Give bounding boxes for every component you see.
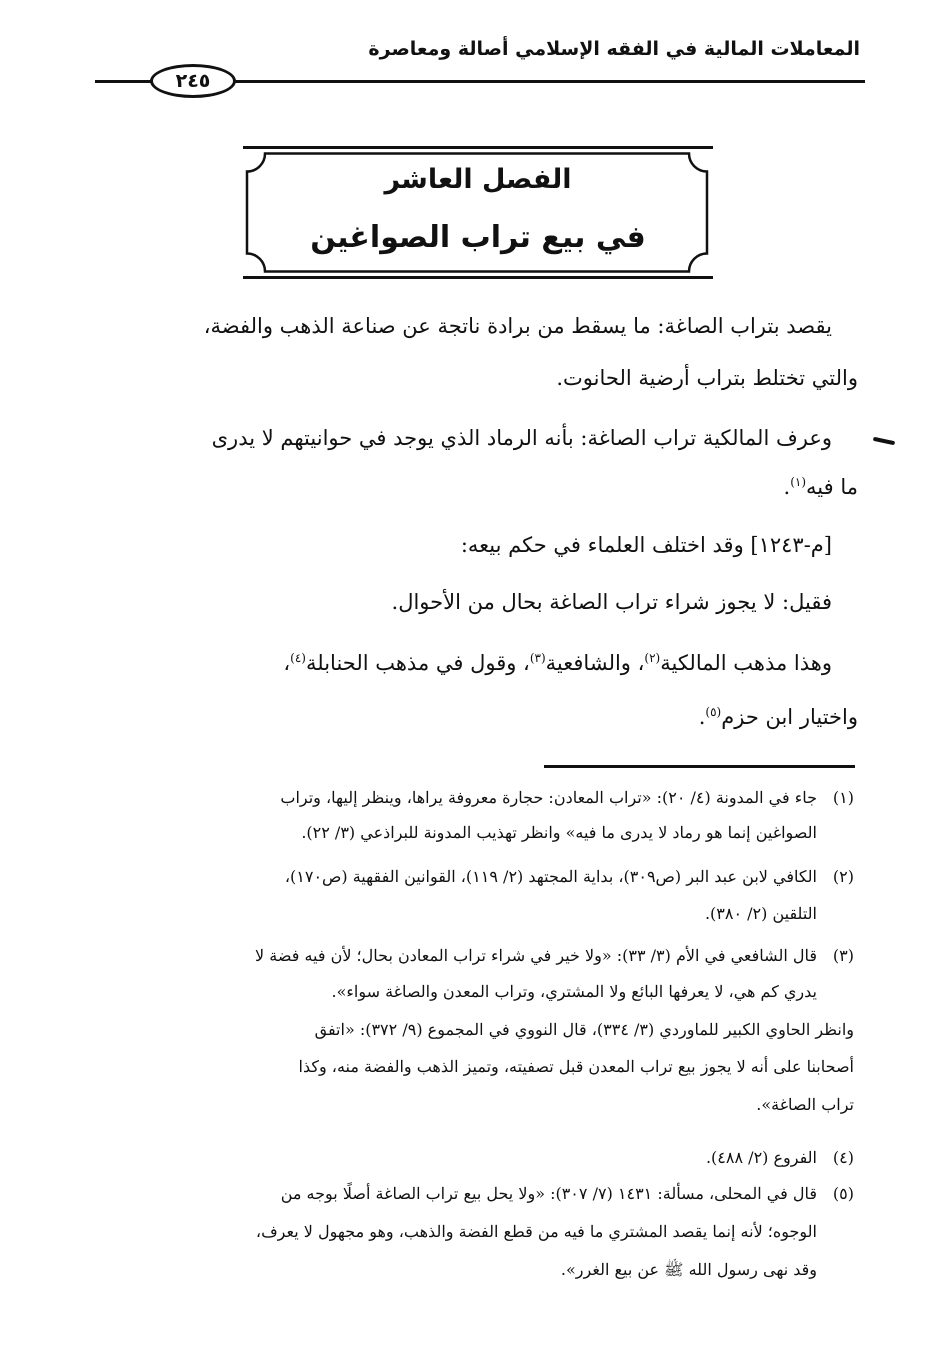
footnote-5-line-3: وقد نهى رسول الله ﷺ عن بيع الغرر». (561, 1262, 817, 1278)
footnote-ref-1[interactable]: (١) (790, 475, 806, 489)
footnote-3-line-1: قال الشافعي في الأم (٣/ ٣٣): «ولا خير في… (255, 948, 817, 964)
footnote-5-number: (٥) (833, 1186, 854, 1202)
title-box-top-rule (243, 146, 713, 149)
footnote-4-line-1: الفروع (٢/ ٤٨٨). (706, 1150, 817, 1166)
footnote-4-number: (٤) (833, 1150, 854, 1166)
footnote-3-number: (٣) (833, 948, 854, 964)
footnote-1-number: (١) (833, 790, 854, 806)
paragraph-1-line-1: يقصد بتراب الصاغة: ما يسقط من برادة ناتج… (204, 316, 832, 337)
title-box-bottom-rule (243, 276, 713, 279)
footnote-ref-2[interactable]: (٢) (644, 651, 660, 665)
footnote-2-number: (٢) (833, 869, 854, 885)
chapter-subtitle: في بيع تراب الصواغين (243, 220, 713, 255)
footnote-1-line-1: جاء في المدونة (٤/ ٢٠): «تراب المعادن: ح… (280, 790, 817, 806)
page-number: ٢٤٥ (176, 70, 211, 92)
footnote-5-line-2: الوجوه؛ لأنه إنما يقصد المشتري ما فيه من… (256, 1224, 817, 1240)
paragraph-3-issue-number: [م-١٢٤٣] وقد اختلف العلماء في حكم بيعه: (461, 535, 832, 556)
margin-mark (873, 437, 895, 445)
footnote-5-line-1: قال في المحلى، مسألة: ١٤٣١ (٧/ ٣٠٧): «ول… (281, 1186, 817, 1202)
paragraph-5-line-2: واختيار ابن حزم(٥). (699, 706, 858, 728)
paragraph-5-line-1: وهذا مذهب المالكية(٢)، والشافعية(٣)، وقو… (283, 652, 832, 674)
footnote-3-line-3: وانظر الحاوي الكبير للماوردي (٣/ ٣٣٤)، ق… (315, 1022, 854, 1038)
paragraph-4-opinion: فقيل: لا يجوز شراء تراب الصاغة بحال من ا… (392, 592, 832, 613)
paragraph-2-line-1: وعرف المالكية تراب الصاغة: بأنه الرماد ا… (212, 428, 832, 449)
footnote-ref-3[interactable]: (٣) (530, 651, 546, 665)
footnote-2-line-1: الكافي لابن عبد البر (ص٣٠٩)، بداية المجت… (285, 869, 817, 885)
footnote-3-line-5: تراب الصاغة». (756, 1097, 854, 1113)
footnote-3-line-4: أصحابنا على أنه لا يجوز بيع تراب المعدن … (299, 1059, 854, 1075)
footnote-1-line-2: الصواغين إنما هو رماد لا يدرى ما فيه» وا… (301, 825, 817, 841)
chapter-title: الفصل العاشر (243, 164, 713, 195)
footnote-3-line-2: يدري كم هي، لا يعرفها البائع ولا المشتري… (331, 984, 817, 1000)
footnote-separator (544, 765, 855, 768)
page-number-oval: ٢٤٥ (150, 64, 236, 98)
footnote-ref-4[interactable]: (٤) (290, 651, 306, 665)
footnote-2-line-2: التلقين (٢/ ٣٨٠). (705, 906, 817, 922)
footnote-ref-5[interactable]: (٥) (705, 705, 721, 719)
running-title: المعاملات المالية في الفقه الإسلامي أصال… (368, 38, 860, 60)
paragraph-2-line-2: ما فيه(١). (784, 476, 858, 498)
paragraph-1-line-2: والتي تختلط بتراب أرضية الحانوت. (556, 368, 858, 389)
